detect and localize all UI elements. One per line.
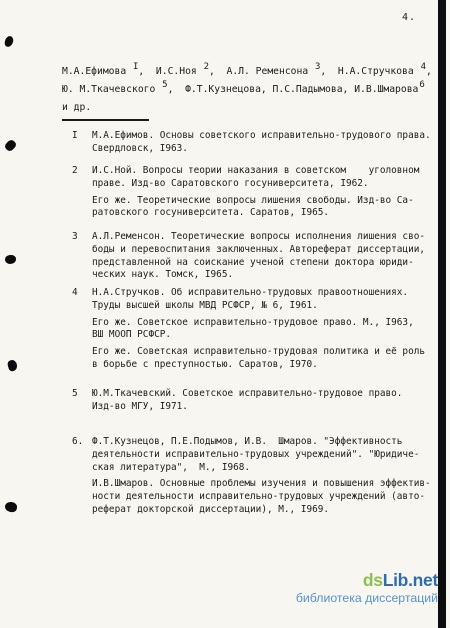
author-text: , И.С.Ноя: [138, 66, 202, 77]
footnote-text: А.Л.Ременсон. Теоретические вопросы испо…: [92, 231, 425, 282]
footnote-2: 2 И.С.Ной. Вопросы теории наказания в со…: [72, 165, 419, 220]
ink-blob-icon: [4, 501, 17, 513]
footnote-ref: 2: [204, 62, 209, 72]
author-text: , Н.А.Стручкова: [320, 66, 419, 77]
footnote-5: 5 Ю.М.Ткачевский. Советское исправительн…: [72, 388, 402, 414]
dslib-subtitle: библиотека диссертаций: [296, 591, 438, 605]
footnote-text: М.А.Ефимов. Основы советского исправител…: [92, 130, 431, 156]
footnote-paragraph: Ф.Т.Кузнецов, П.Е.Подымов, И.В. Шмаров. …: [92, 436, 431, 474]
author-text: , Ф.Т.Кузнецова, П.С.Падымова, И.В.Шмаро…: [168, 84, 419, 95]
footnote-separator: [62, 119, 149, 121]
dslib-watermark: dsLib.net библиотека диссертаций: [296, 571, 438, 605]
footnote-1: I М.А.Ефимов. Основы советского исправит…: [72, 130, 431, 156]
footnote-text: Н.А.Стручков. Об исправительно-трудовых …: [92, 287, 425, 372]
dslib-logo-ds: ds: [363, 570, 383, 590]
author-text: М.А.Ефимова: [62, 66, 132, 77]
page-number: 4.: [402, 12, 416, 23]
footnote-ref: 4: [421, 62, 426, 72]
ink-blob-icon: [5, 255, 16, 264]
authors-line-1: М.А.Ефимова I, И.С.Ноя 2, А.Л. Ременсона…: [62, 66, 432, 84]
footnote-marker: 5: [72, 388, 92, 401]
footnote-ref: 6: [419, 80, 424, 90]
author-text: , А.Л. Ременсона: [209, 66, 314, 77]
author-text: Ю. М.Ткачевского: [62, 84, 161, 95]
scan-edge-bar: [438, 0, 446, 628]
authors-paragraph: М.А.Ефимова I, И.С.Ноя 2, А.Л. Ременсона…: [62, 66, 432, 120]
footnote-paragraph: И.В.Шмаров. Основные проблемы изучения и…: [92, 478, 431, 516]
footnote-4: 4 Н.А.Стручков. Об исправительно-трудовы…: [72, 287, 425, 372]
author-text: ,: [426, 66, 432, 77]
ink-blob-icon: [7, 359, 19, 372]
footnote-text: Ф.Т.Кузнецов, П.Е.Подымов, И.В. Шмаров. …: [92, 436, 431, 517]
footnote-marker: I: [72, 130, 92, 143]
footnote-paragraph: Его же. Теоретические вопросы лишения св…: [92, 195, 419, 221]
footnote-paragraph: А.Л.Ременсон. Теоретические вопросы испо…: [92, 231, 425, 282]
footnote-text: И.С.Ной. Вопросы теории наказания в сове…: [92, 165, 419, 220]
authors-line-2: Ю. М.Ткачевского 5, Ф.Т.Кузнецова, П.С.П…: [62, 84, 432, 102]
footnote-paragraph: И.С.Ной. Вопросы теории наказания в сове…: [92, 165, 419, 191]
footnote-paragraph: Его же. Советское исправительно-трудовое…: [92, 317, 425, 343]
ink-blob-icon: [3, 138, 17, 152]
footnote-6: 6. Ф.Т.Кузнецов, П.Е.Подымов, И.В. Шмаро…: [72, 436, 431, 517]
footnote-ref: 5: [162, 80, 167, 90]
dslib-logo-libnet: Lib.net: [383, 570, 438, 590]
footnote-marker: 4: [72, 287, 92, 300]
footnote-3: 3 А.Л.Ременсон. Теоретические вопросы ис…: [72, 231, 425, 282]
footnote-paragraph: Ю.М.Ткачевский. Советское исправительно-…: [92, 388, 402, 414]
footnote-marker: 2: [72, 165, 92, 178]
footnote-paragraph: М.А.Ефимов. Основы советского исправител…: [92, 130, 431, 156]
footnote-ref: I: [133, 62, 138, 72]
footnote-marker: 3: [72, 231, 92, 244]
footnote-paragraph: Н.А.Стручков. Об исправительно-трудовых …: [92, 287, 425, 313]
footnote-paragraph: Его же. Советская исправительно-трудовая…: [92, 346, 425, 372]
footnote-text: Ю.М.Ткачевский. Советское исправительно-…: [92, 388, 402, 414]
authors-line-3: и др.: [62, 102, 432, 120]
footnote-marker: 6.: [72, 436, 92, 449]
footnote-ref: 3: [315, 62, 320, 72]
ink-blob-icon: [4, 35, 14, 47]
author-text: и др.: [62, 102, 91, 113]
dslib-logo: dsLib.net: [296, 571, 438, 590]
